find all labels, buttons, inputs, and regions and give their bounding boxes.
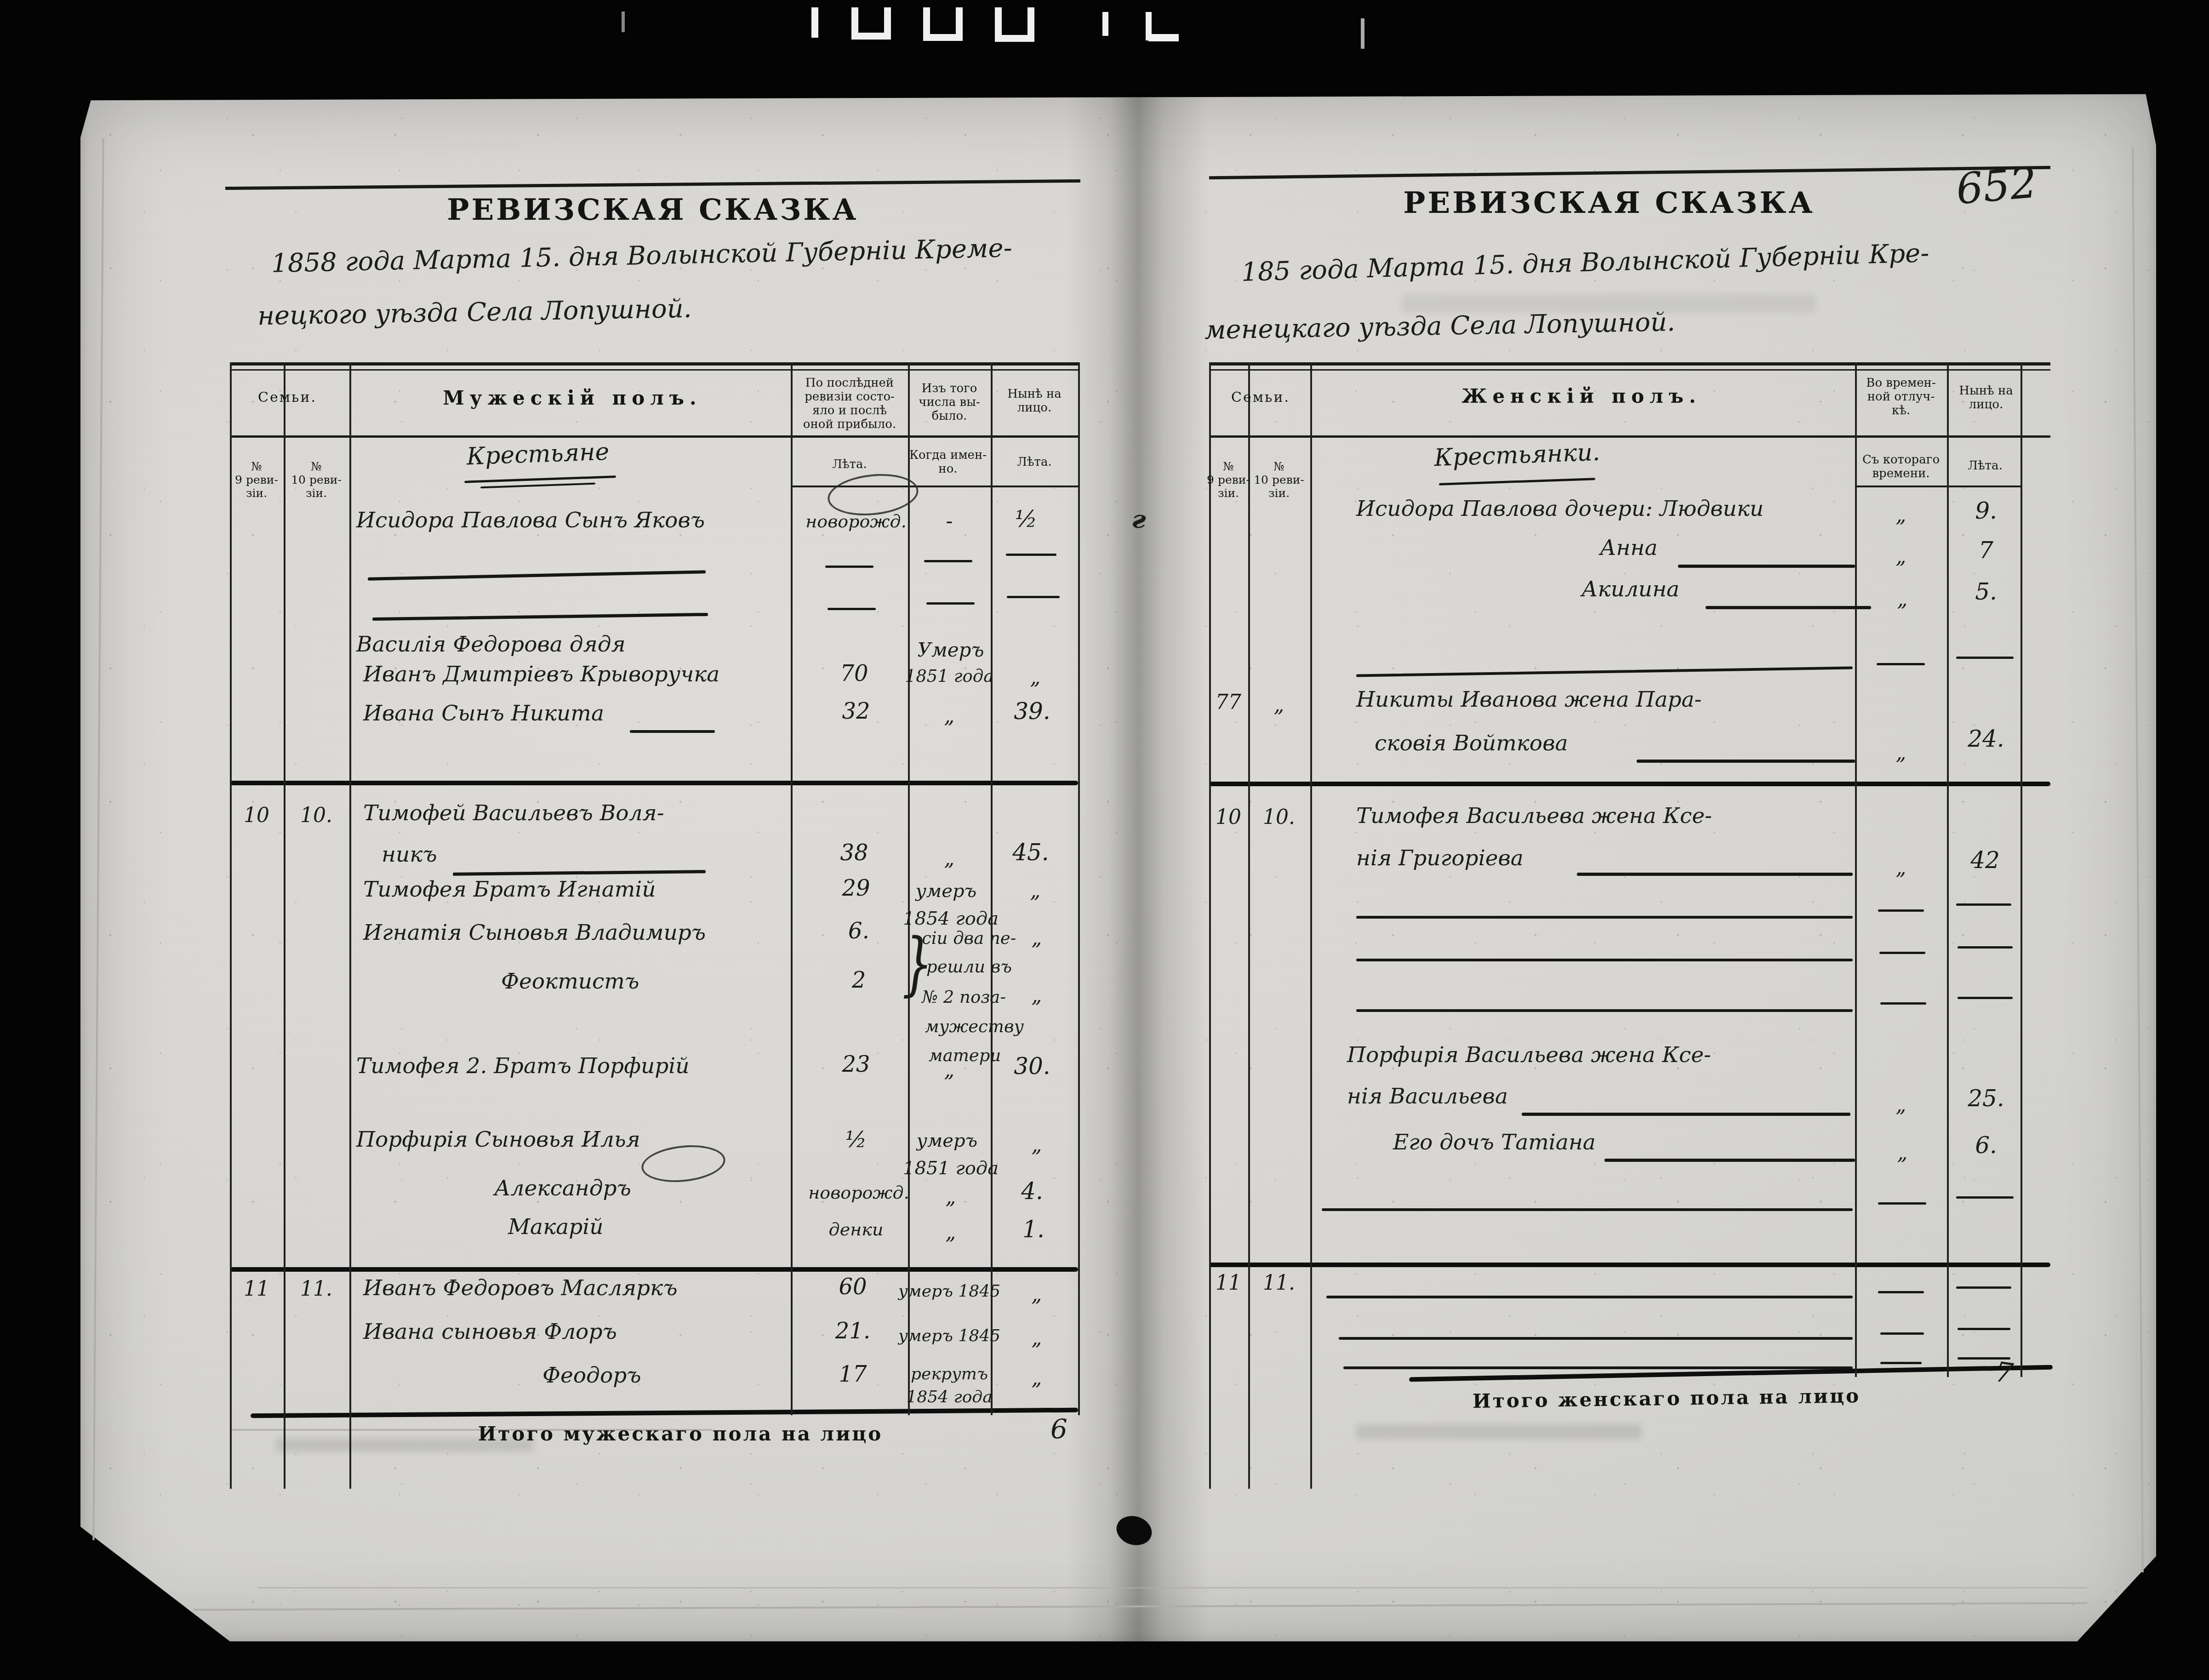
estate-heading: Крестьяне [466, 438, 610, 471]
entry-name: Ивана Сынъ Никита [363, 701, 604, 726]
family-no-9: 10 [1216, 806, 1241, 829]
ditto-dash [1956, 657, 2014, 659]
entry-when-cont: 1851 года [903, 1158, 999, 1179]
entry-age-now: „ [1032, 1283, 1042, 1306]
header-away: Во времен- ной отлуч- кѣ. [1866, 376, 1935, 417]
table-rule [1209, 435, 2050, 438]
family-no-10: 10. [1263, 806, 1295, 829]
entry-age-now: 45. [1012, 839, 1049, 866]
header-family: Семьи. [1231, 390, 1290, 406]
male-total-value: 6 [1050, 1414, 1067, 1445]
entry-age-now: 30. [1014, 1053, 1050, 1080]
entry-age-prev: денки [829, 1219, 884, 1240]
entry-name: нія Григоріева [1356, 846, 1524, 871]
entry-age-prev: 6. [848, 919, 869, 944]
column-line [1209, 362, 1211, 1489]
entry-name: Феодоръ [542, 1363, 641, 1389]
name-trailing-dash [1604, 1159, 1855, 1162]
entry-age: 5. [1975, 578, 1997, 605]
film-mark-u [851, 7, 891, 40]
column-line [1248, 362, 1250, 1489]
table-rule [1209, 362, 2050, 366]
entry-age-now: „ [1032, 984, 1042, 1007]
entry-since: „ [1896, 741, 1906, 765]
entry-age: 7 [1979, 537, 1993, 564]
subheader-when: Когда имен- но. [909, 448, 987, 476]
entry-name: Порфирія Сыновья Илья [356, 1127, 640, 1153]
entry-age-prev: 23 [842, 1052, 870, 1078]
entry-when-cont: матери [929, 1046, 1001, 1066]
family-no-10: 10. [300, 804, 332, 827]
family-no-9: 77 [1216, 691, 1241, 714]
film-mark [811, 7, 818, 38]
entry-age-now: „ [1030, 666, 1041, 689]
film-mark-u [923, 7, 963, 41]
entry-age-now: „ [1032, 926, 1042, 950]
entry-age-now: 1. [1022, 1216, 1045, 1243]
entry-when: рекрутъ [911, 1365, 988, 1384]
family-separator [230, 781, 1078, 785]
entry-age-now: „ [1032, 1326, 1042, 1350]
page-edge [257, 1587, 2087, 1589]
entry-since: „ [1896, 545, 1906, 568]
page-title: РЕВИЗСКАЯ СКАЗКА [447, 193, 858, 227]
entry-age-now: 39. [1014, 698, 1050, 725]
entry-name: Феоктистъ [501, 969, 639, 994]
family-no-9: 11 [244, 1277, 269, 1301]
family-no-9: 11 [1216, 1271, 1241, 1295]
film-mark [1148, 34, 1179, 41]
ditto-dash [1878, 1291, 1924, 1293]
entry-age-prev: 21. [835, 1319, 870, 1344]
ditto-dash [1958, 997, 2013, 999]
blank-row-line [1339, 1337, 1853, 1340]
family-no-10: 11. [300, 1277, 332, 1301]
column-line [349, 362, 351, 1489]
estate-heading: Крестьянки. [1434, 439, 1601, 472]
column-line [1310, 362, 1312, 1489]
table-rule [1209, 369, 2050, 371]
entry-when: сіи два пе- [922, 929, 1016, 949]
family-no-10: 11. [1263, 1271, 1295, 1295]
column-line [991, 362, 993, 1415]
header-prev-revision: По послѣдней ревизіи состо- яло и послѣ … [803, 376, 896, 432]
ditto-dash [1958, 946, 2013, 949]
blank-row-line [1322, 1208, 1853, 1211]
entry-when: 1851 года [905, 667, 993, 686]
entry-age: 25. [1968, 1085, 2004, 1112]
ditto-dash [1880, 1362, 1922, 1364]
ditto-dash [1006, 554, 1056, 556]
header-rev10: № 10 реви- зіи. [291, 460, 342, 500]
entry-age-prev: 38 [840, 840, 868, 866]
entry-age-prev: 32 [842, 699, 870, 725]
entry-since: „ [1896, 503, 1906, 527]
entry-when: умеръ [916, 880, 976, 902]
entry-when: - [946, 509, 953, 533]
subheader-age: Лѣта. [1017, 455, 1052, 469]
family-separator [1209, 782, 2050, 786]
entry-name: Тимофея 2. Братъ Порфирій [356, 1054, 690, 1079]
blank-row-line [1356, 959, 1853, 961]
entry-age-prev: 17 [839, 1362, 867, 1388]
ditto-dash [828, 608, 876, 610]
gutter-ink-mark: г [1130, 504, 1147, 534]
folio-number: 652 [1954, 159, 2039, 215]
entry-name: Игнатія Сыновья Владимиръ [363, 920, 706, 946]
blank-row-line [1356, 1009, 1853, 1012]
name-trailing-dash [1577, 873, 1853, 876]
entry-name: Порфирія Васильева жена Ксе- [1347, 1043, 1711, 1068]
family-no-9: 10 [244, 804, 269, 827]
header-rev10: № 10 реви- зіи. [1254, 460, 1304, 500]
entry-name: Акилина [1581, 577, 1679, 602]
table-rule [1855, 486, 2021, 487]
entry-name: Исидора Павлова дочери: Людвики [1356, 497, 1764, 522]
entry-age-now: „ [1032, 1133, 1042, 1157]
ditto-dash [924, 560, 972, 562]
ditto-dash [1007, 596, 1060, 598]
entry-age-prev: 29 [842, 876, 870, 902]
name-trailing-dash [1678, 565, 1855, 568]
entry-since: „ [1897, 588, 1908, 611]
entry-name: никъ [382, 842, 437, 868]
entry-name: Ивана сыновья Флоръ [363, 1320, 617, 1345]
entry-name: сковія Войткова [1375, 731, 1568, 756]
entry-when-cont: мужеству [925, 1017, 1024, 1037]
name-trailing-dash [1706, 606, 1871, 609]
entry-age-now: ½ [1015, 506, 1037, 532]
entry-name: Исидора Павлова Сынъ Яковъ [356, 508, 705, 533]
name-trailing-dash [1637, 760, 1855, 763]
ditto-dash [1956, 1286, 2011, 1289]
ditto-dash [1880, 1002, 1926, 1005]
film-mark [1102, 12, 1108, 36]
family-no-10: „ [1274, 693, 1284, 717]
ditto-dash [1956, 1196, 2014, 1199]
blank-row-line [1326, 1296, 1853, 1298]
ditto-dash [1878, 1202, 1926, 1205]
entry-when-cont: решли въ [926, 957, 1012, 977]
header-departed: Изъ того числа вы- было. [919, 382, 980, 423]
entry-age-prev: ½ [845, 1127, 867, 1153]
entry-when: умеръ [917, 1130, 977, 1151]
entry-since: „ [1896, 856, 1906, 880]
entry-when-cont: 1854 года [906, 1388, 992, 1407]
entry-when: умеръ 1845 [898, 1282, 1000, 1301]
entry-when: умеръ 1845 [898, 1326, 1000, 1346]
entry-age: 24. [1968, 726, 2004, 752]
entry-name: Александръ [494, 1176, 631, 1201]
blank-row-line [1343, 1366, 1853, 1369]
entry-when: Умеръ [918, 639, 984, 662]
ditto-dash [1879, 952, 1925, 954]
header-gender: Мужескій полъ. [443, 387, 702, 410]
entry-age: 9. [1975, 497, 1997, 524]
entry-name: Василія Федорова дядя [356, 632, 626, 657]
entry-name: Иванъ Дмитріевъ Крыворучка [363, 662, 719, 687]
entry-name: Никиты Иванова жена Пара- [1356, 687, 1701, 713]
entry-name: Тимофея Васильева жена Ксе- [1356, 804, 1712, 829]
blank-row-line [1356, 916, 1853, 919]
table-rule [230, 362, 1078, 366]
subheader-age: Лѣта. [1968, 459, 2003, 473]
entry-when: № 2 поза- [922, 988, 1006, 1007]
entry-age-prev: 70 [840, 661, 868, 687]
entry-when: „ [944, 1058, 955, 1082]
table-rule [230, 369, 1078, 371]
bleedthrough-smudge [1356, 1424, 1641, 1439]
header-rev9: № 9 реви- зіи. [1207, 460, 1250, 500]
entry-age-prev: 60 [839, 1274, 867, 1300]
entry-name: Его дочъ Татіана [1393, 1130, 1596, 1155]
column-line [230, 362, 232, 1489]
entry-age: 6. [1975, 1132, 1997, 1159]
entry-name: Иванъ Федоровъ Масляркъ [363, 1276, 678, 1301]
entry-when: „ [944, 704, 955, 728]
header-present: Нынѣ на лицо. [1007, 387, 1061, 415]
entry-name: Тимофей Васильевъ Воля- [363, 801, 664, 826]
male-total-label: Итого мужескаго пола на лицо [478, 1423, 883, 1446]
ditto-dash [926, 602, 975, 605]
column-line [1855, 362, 1857, 1377]
column-line [2021, 362, 2022, 1377]
entry-when: „ [946, 1221, 956, 1244]
entry-name: нія Васильева [1347, 1084, 1508, 1109]
entry-name: Анна [1600, 536, 1658, 561]
table-rule [230, 435, 1078, 438]
scanned-book-spread: г РЕВИЗСКАЯ СКАЗКА 1858 года Марта 15. д… [0, 0, 2209, 1680]
column-line [1078, 362, 1080, 1415]
entry-when: „ [946, 1185, 956, 1209]
header-family: Семьи. [258, 390, 317, 406]
name-trailing-dash [1522, 1113, 1850, 1116]
entry-age-now: „ [1030, 879, 1041, 903]
film-mark [1361, 18, 1364, 49]
ditto-dash [1878, 909, 1924, 912]
column-line [791, 362, 793, 1415]
ditto-dash [1877, 663, 1925, 665]
entry-name: Макарій [508, 1215, 604, 1240]
entry-age-prev: 2 [852, 968, 866, 994]
header-present: Нынѣ на лицо. [1959, 384, 2013, 411]
ditto-dash [1956, 903, 2011, 906]
header-rev9: № 9 реви- зіи. [235, 460, 278, 500]
entry-age-prev: новорожд. [808, 1183, 909, 1203]
page-title: РЕВИЗСКАЯ СКАЗКА [1403, 186, 1815, 220]
entry-age-now: 4. [1021, 1178, 1043, 1205]
entry-name: Тимофея Братъ Игнатій [363, 877, 656, 903]
entry-since: „ [1896, 1093, 1906, 1117]
family-separator [230, 1267, 1078, 1272]
entry-age-now: „ [1032, 1366, 1042, 1390]
family-separator [1209, 1263, 2050, 1267]
header-gender: Женскій полъ. [1461, 385, 1701, 408]
entry-age: 42 [1970, 847, 2000, 874]
entry-age-prev: новорожд. [805, 511, 906, 531]
entry-since: „ [1897, 1141, 1908, 1165]
subheader-age: Лѣта. [832, 457, 867, 471]
name-trailing-dash [630, 730, 715, 733]
film-mark [622, 11, 625, 32]
column-line [1947, 362, 1949, 1377]
subheader-since: Съ котораго времени. [1862, 453, 1940, 480]
column-line [284, 362, 285, 1489]
ditto-dash [1958, 1328, 2010, 1330]
film-mark-u [995, 7, 1034, 42]
entry-when: „ [944, 847, 955, 870]
column-line [908, 362, 910, 1415]
ditto-dash [825, 566, 873, 568]
ditto-dash [1880, 1332, 1924, 1335]
